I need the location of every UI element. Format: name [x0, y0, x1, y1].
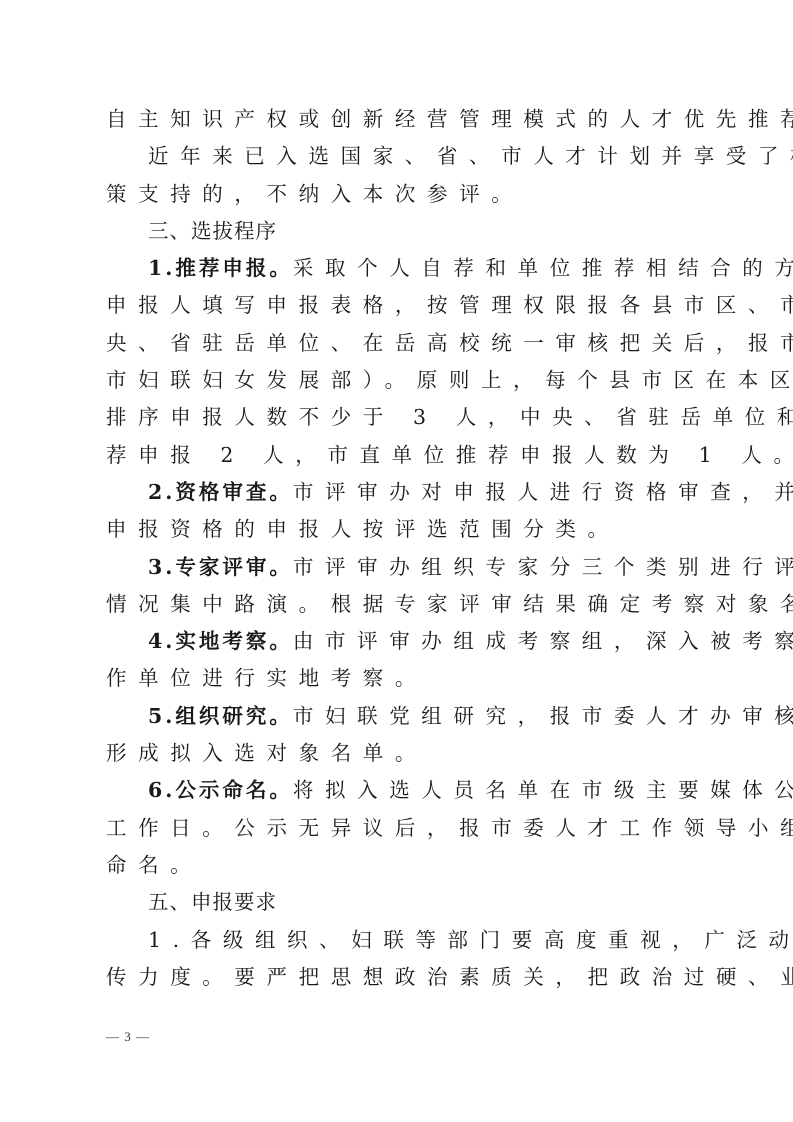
paragraph-line: 形成拟入选对象名单。	[106, 735, 690, 772]
section-heading-selection-procedure: 三、选拔程序	[106, 213, 690, 250]
item-title: 4.实地考察。	[148, 629, 293, 653]
paragraph-line: 央、省驻岳单位、在岳高校统一审核把关后，报市评审办（设	[106, 325, 690, 362]
section-heading-application-requirements: 五、申报要求	[106, 884, 690, 921]
document-page: 自主知识产权或创新经营管理模式的人才优先推荐。 近年来已入选国家、省、市人才计划…	[106, 101, 690, 996]
paragraph-line: 自主知识产权或创新经营管理模式的人才优先推荐。	[106, 101, 690, 138]
paragraph-line: 工作日。公示无异议后，报市委人才工作领导小组审定并发文	[106, 810, 690, 847]
page-number: — 3 —	[106, 1029, 150, 1045]
item-title: 1.推荐申报。	[148, 256, 293, 280]
item-title: 6.公示命名。	[148, 778, 293, 802]
paragraph-line: 命名。	[106, 847, 690, 884]
item-text: 市评审办组织专家分三个类别进行评审，视	[293, 555, 793, 579]
item-text: 采取个人自荐和单位推荐相结合的方式申报。	[293, 256, 793, 280]
paragraph-line: 近年来已入选国家、省、市人才计划并享受了相应人才政	[106, 138, 690, 175]
procedure-item-5: 5.组织研究。市妇联党组研究，报市委人才办审核同意，	[106, 698, 690, 735]
paragraph-line: 传力度。要严把思想政治素质关，把政治过硬、业绩突出、群	[106, 959, 690, 996]
paragraph-line: 排序申报人数不少于 3 人，中央、省驻岳单位和在岳高校各推	[106, 399, 690, 436]
procedure-item-6: 6.公示命名。将拟入选人员名单在市级主要媒体公示 5 个	[106, 772, 690, 809]
procedure-item-2: 2.资格审查。市评审办对申报人进行资格审查，并对符合	[106, 474, 690, 511]
procedure-item-1: 1.推荐申报。采取个人自荐和单位推荐相结合的方式申报。	[106, 250, 690, 287]
item-title: 5.组织研究。	[148, 704, 293, 728]
item-text: 将拟入选人员名单在市级主要媒体公示 5 个	[293, 778, 793, 802]
paragraph-line: 策支持的，不纳入本次参评。	[106, 176, 690, 213]
paragraph-line: 1.各级组织、妇联等部门要高度重视，广泛动员，加大宣	[106, 922, 690, 959]
item-text: 由市评审办组成考察组，深入被考察对象工	[293, 629, 793, 653]
paragraph-line: 市妇联妇女发展部）。原则上，每个县市区在本区域内初审后	[106, 362, 690, 399]
item-text: 市评审办对申报人进行资格审查，并对符合	[293, 480, 793, 504]
procedure-item-4: 4.实地考察。由市评审办组成考察组，深入被考察对象工	[106, 623, 690, 660]
paragraph-line: 情况集中路演。根据专家评审结果确定考察对象名单。	[106, 586, 690, 623]
paragraph-line: 荐申报 2 人，市直单位推荐申报人数为 1 人。	[106, 437, 690, 474]
paragraph-line: 作单位进行实地考察。	[106, 660, 690, 697]
item-title: 2.资格审查。	[148, 480, 293, 504]
procedure-item-3: 3.专家评审。市评审办组织专家分三个类别进行评审，视	[106, 549, 690, 586]
item-text: 市妇联党组研究，报市委人才办审核同意，	[293, 704, 793, 728]
item-title: 3.专家评审。	[148, 555, 293, 579]
paragraph-line: 申报资格的申报人按评选范围分类。	[106, 511, 690, 548]
paragraph-line: 申报人填写申报表格，按管理权限报各县市区、市直单位和中	[106, 287, 690, 324]
